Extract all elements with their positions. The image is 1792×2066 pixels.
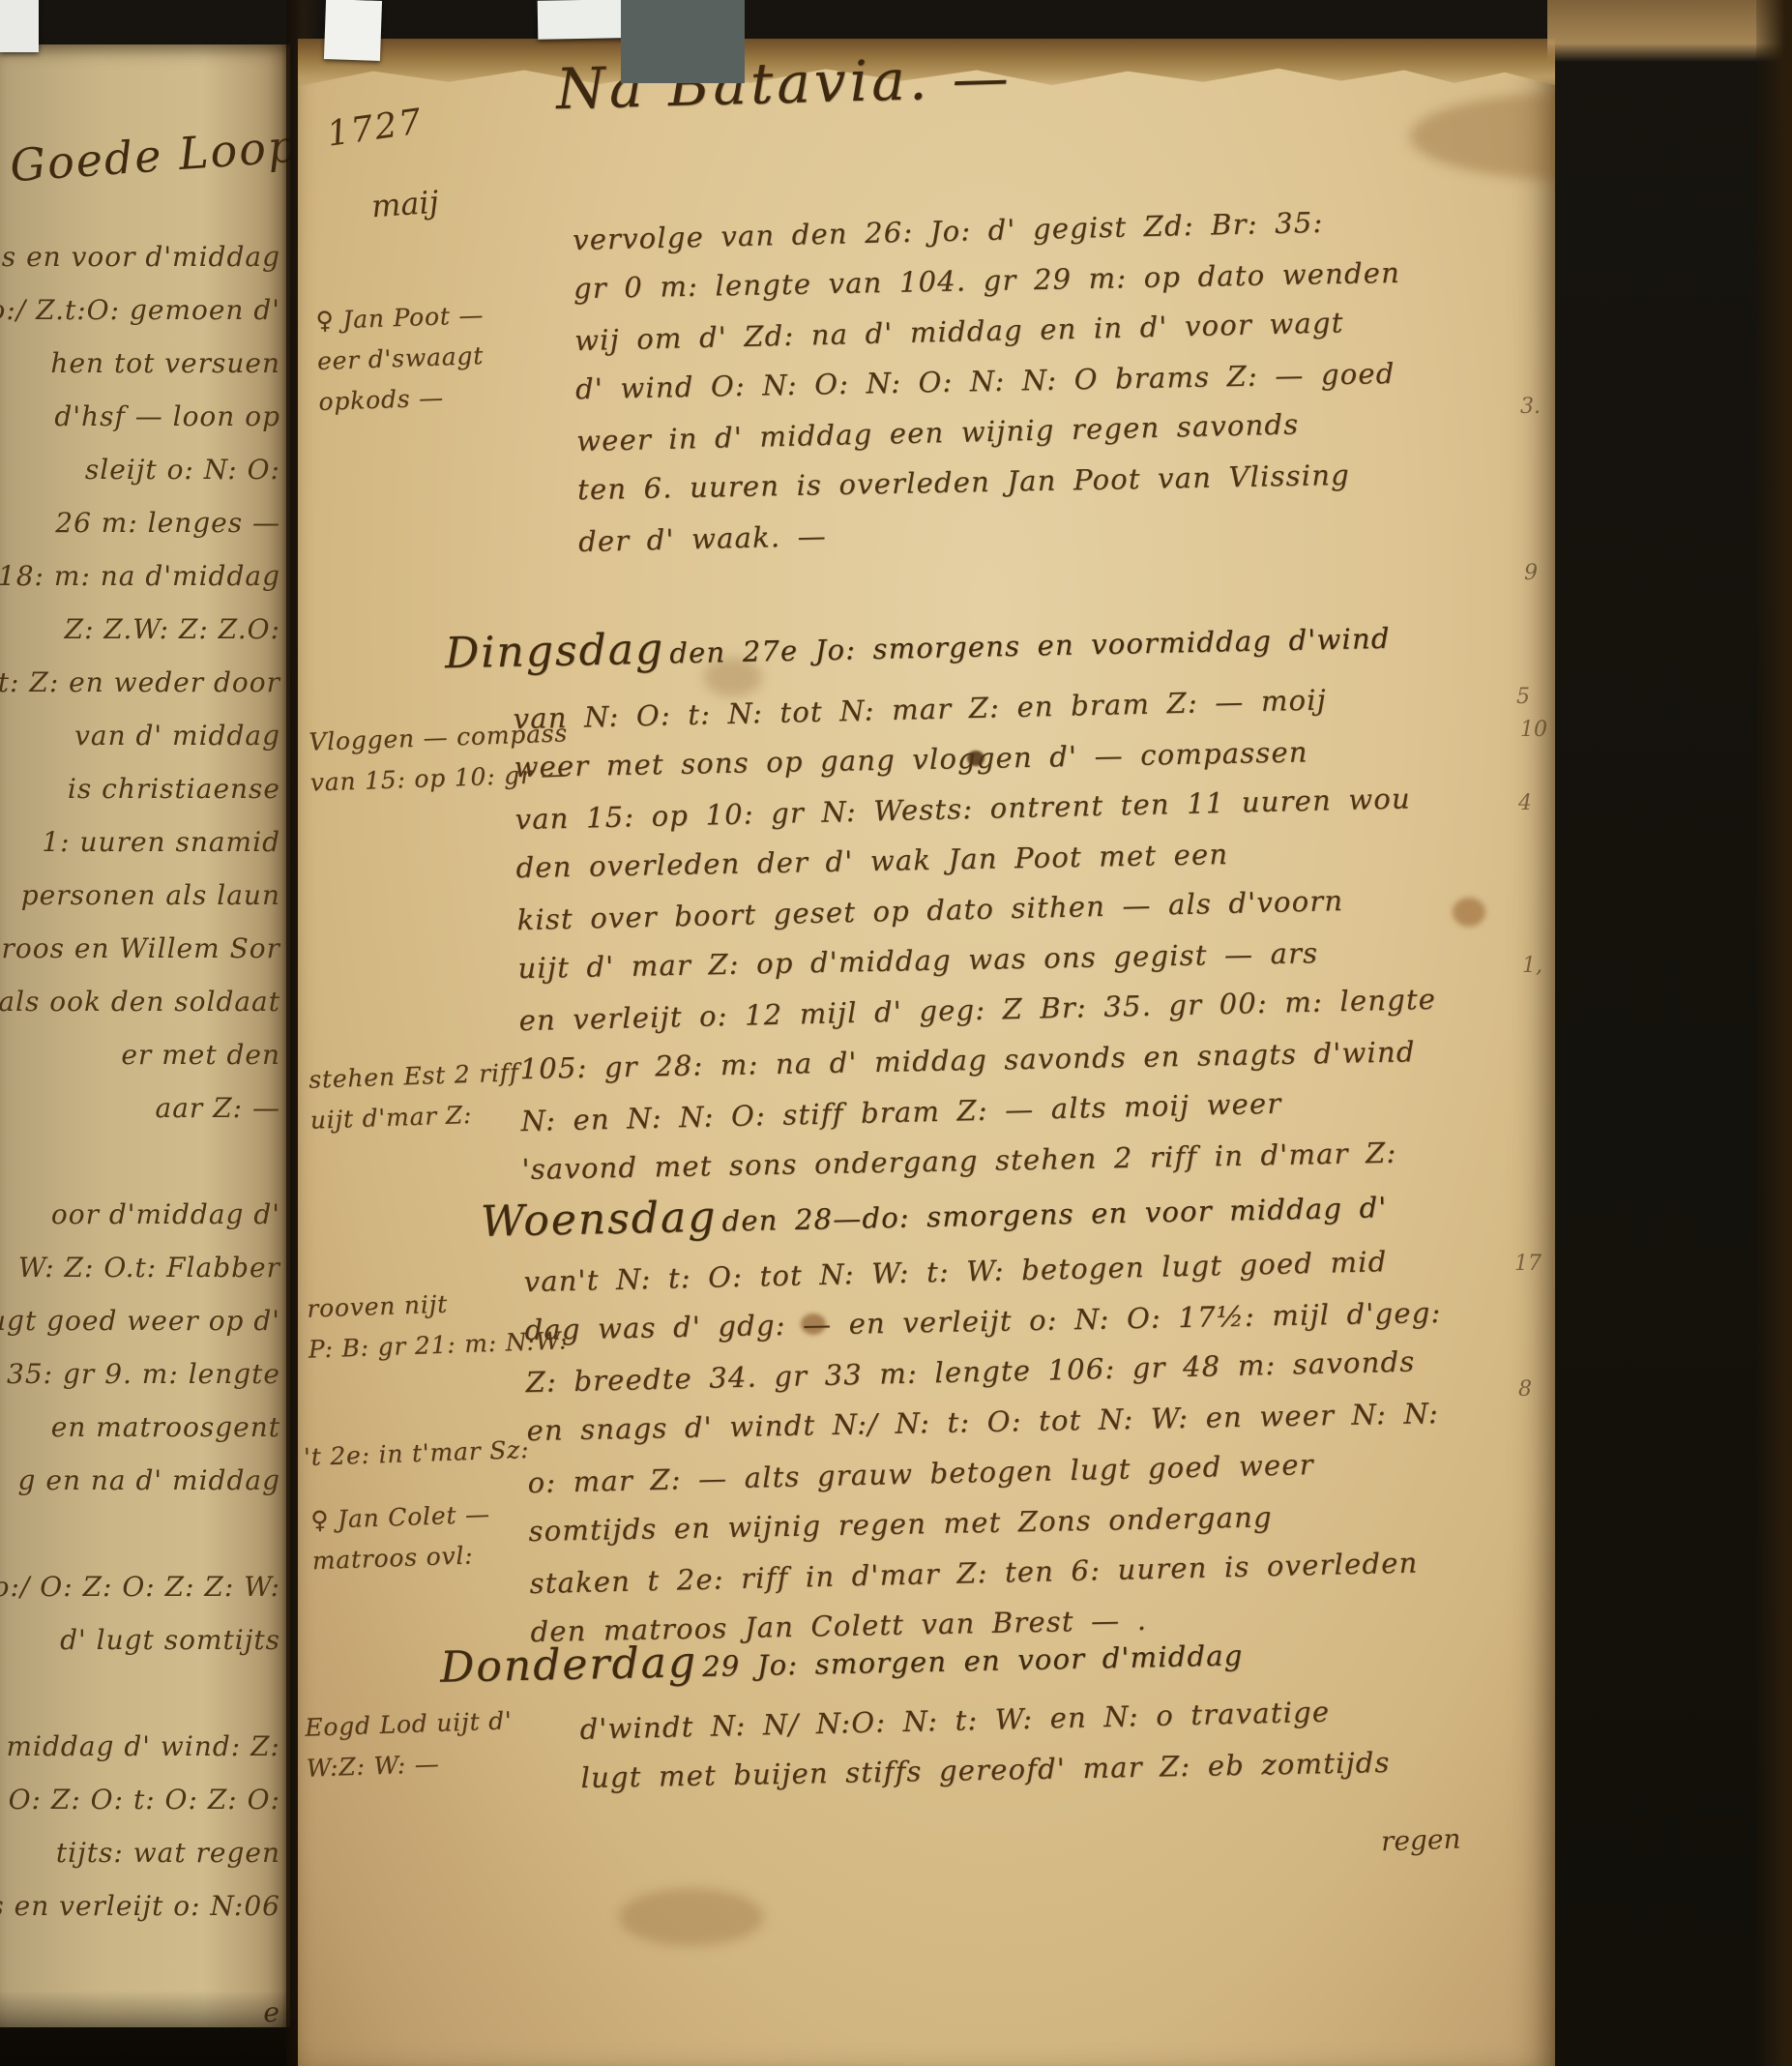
day-name: Donderdag bbox=[440, 1638, 698, 1693]
manuscript-line: Eogd Lod uijt d' bbox=[305, 1700, 514, 1748]
edge-mark: 5 bbox=[1516, 685, 1530, 709]
manuscript-line bbox=[0, 1667, 280, 1720]
edge-mark: 9 bbox=[1524, 561, 1538, 585]
manuscript-line: ♀ Jan Poot — bbox=[315, 295, 485, 341]
entry-dingsdag-27: van N: O: t: N: tot N: mar Z: en bram Z:… bbox=[513, 674, 1439, 1195]
manuscript-line: sleijt o: N: O: bbox=[0, 443, 280, 496]
manuscript-line: 1: uuren snamid bbox=[0, 815, 280, 869]
day-name: Woensdag bbox=[481, 1193, 718, 1247]
manuscript-line: gr: 18: m: na d'middag bbox=[0, 549, 280, 603]
month-label: maij bbox=[370, 184, 440, 225]
manuscript-line bbox=[0, 1507, 280, 1560]
left-page-title: Goede Loop bbox=[8, 120, 290, 192]
manuscript-line: ugt goed weer op d' bbox=[0, 1294, 280, 1347]
manuscript-line: eer d'swaagt bbox=[316, 336, 485, 382]
manuscript-line: 26 m: lenges — bbox=[0, 496, 280, 549]
entry-woensdag-28: van't N: t: O: tot N: W: t: W: betogen l… bbox=[523, 1237, 1448, 1657]
manuscript-line: 35: gr 9. m: lengte bbox=[0, 1347, 280, 1401]
manuscript-line: o:/ Z.t:O: gemoen d' bbox=[0, 283, 280, 337]
manuscript-line: er met den bbox=[0, 1028, 280, 1081]
manuscript-line: 't 2e: in t'mar Sz: bbox=[303, 1430, 530, 1478]
stain bbox=[1453, 898, 1485, 927]
paper-tab bbox=[324, 0, 382, 61]
manuscript-line: d'hsf — loon op bbox=[0, 390, 280, 443]
manuscript-line: d' lugt somtijts bbox=[0, 1613, 280, 1667]
manuscript-line: matroos ovl: bbox=[311, 1535, 492, 1581]
manuscript-line bbox=[0, 1933, 280, 1986]
paper-tab bbox=[538, 0, 628, 40]
margin-note-marz: 't 2e: in t'mar Sz: bbox=[303, 1430, 530, 1478]
edge-mark: 4 bbox=[1518, 791, 1532, 815]
manuscript-line: middag d' wind: Z: bbox=[0, 1720, 280, 1773]
manuscript-line: Z: Z.W: Z: Z.O: bbox=[0, 603, 280, 656]
margin-note-stehen: stehen Est 2 riffuijt d'mar Z: bbox=[308, 1052, 521, 1141]
manuscript-line: t: Z: en weder door bbox=[0, 656, 280, 709]
grey-slip bbox=[621, 0, 745, 83]
edge-mark: 10 bbox=[1520, 718, 1547, 742]
manuscript-line: opkods — bbox=[318, 376, 487, 423]
manuscript-line: roos en Willem Sor bbox=[0, 922, 280, 975]
manuscript-line: ♀ Jan Colet — bbox=[310, 1494, 491, 1541]
entry-26-continuation: vervolge van den 26: Jo: d' gegist Zd: B… bbox=[573, 197, 1406, 565]
margin-note-jan-colet: ♀ Jan Colet —matroos ovl: bbox=[310, 1494, 492, 1581]
manuscript-line: hen tot versuen bbox=[0, 337, 280, 390]
catchword: regen bbox=[1380, 1823, 1461, 1858]
edge-mark: 8 bbox=[1518, 1377, 1532, 1402]
manuscript-line: aar Z: — bbox=[0, 1081, 280, 1135]
manuscript-line: stehen Est 2 riff bbox=[308, 1052, 520, 1101]
manuscript-line: personen als laun bbox=[0, 869, 280, 922]
day-name: Dingsdag bbox=[445, 624, 665, 678]
stain bbox=[1410, 93, 1555, 180]
edge-mark: 1, bbox=[1522, 954, 1542, 978]
stain bbox=[619, 1888, 764, 1946]
manuscript-line: W:Z: W: — bbox=[306, 1741, 514, 1788]
manuscript-line: tijts: wat regen bbox=[0, 1826, 280, 1879]
manuscript-line: van d' middag bbox=[0, 709, 280, 762]
heading-text: 29 Jo: smorgen en voor d'middag bbox=[702, 1638, 1244, 1683]
manuscript-line: g en na d' middag bbox=[0, 1454, 280, 1507]
edge-mark: 3. bbox=[1520, 395, 1541, 419]
entry-donderdag-29: d'windt N: N/ N:O: N: t: W: en N: o trav… bbox=[579, 1687, 1391, 1803]
margin-note-vloggen: Vloggen — compassvan 15: op 10: gr — bbox=[308, 713, 571, 803]
manuscript-line: en matroosgent bbox=[0, 1401, 280, 1454]
paper-tab bbox=[0, 0, 39, 52]
margin-note-rooven: rooven nijtP: B: gr 21: m: N:W: bbox=[307, 1280, 569, 1370]
manuscript-line: is christiaense bbox=[0, 762, 280, 815]
bottom-shadow bbox=[0, 1991, 319, 2066]
left-page: Goede Loop ens en voor d'middago:/ Z.t:O… bbox=[0, 44, 290, 2027]
margin-note-lood: Eogd Lod uijt d'W:Z: W: — bbox=[305, 1700, 514, 1788]
manuscript-line: ens en voor d'middag bbox=[0, 230, 280, 283]
manuscript-line: ords en verleijt o: N:06 bbox=[0, 1879, 280, 1933]
manuscript-line: Z: o:/ O: Z: O: Z: Z: W: bbox=[0, 1560, 280, 1613]
margin-note-jan-poot: ♀ Jan Poot —eer d'swaagtopkods — bbox=[315, 295, 487, 423]
manuscript-line: uijt d'mar Z: bbox=[309, 1093, 521, 1141]
manuscript-line: Z: Z: O: Z: O: t: O: Z: O: bbox=[0, 1773, 280, 1826]
manuscript-photo: Goede Loop ens en voor d'middago:/ Z.t:O… bbox=[0, 0, 1792, 2066]
edge-mark: 17 bbox=[1514, 1252, 1542, 1276]
manuscript-line bbox=[0, 1135, 280, 1188]
left-page-text: ens en voor d'middago:/ Z.t:O: gemoen d'… bbox=[0, 230, 280, 2027]
manuscript-line: oor d'middag d' bbox=[0, 1188, 280, 1241]
manuscript-line: W: Z: O.t: Flabber bbox=[0, 1241, 280, 1294]
fore-edge-shadow bbox=[1756, 0, 1792, 2066]
manuscript-line: als ook den soldaat bbox=[0, 975, 280, 1028]
